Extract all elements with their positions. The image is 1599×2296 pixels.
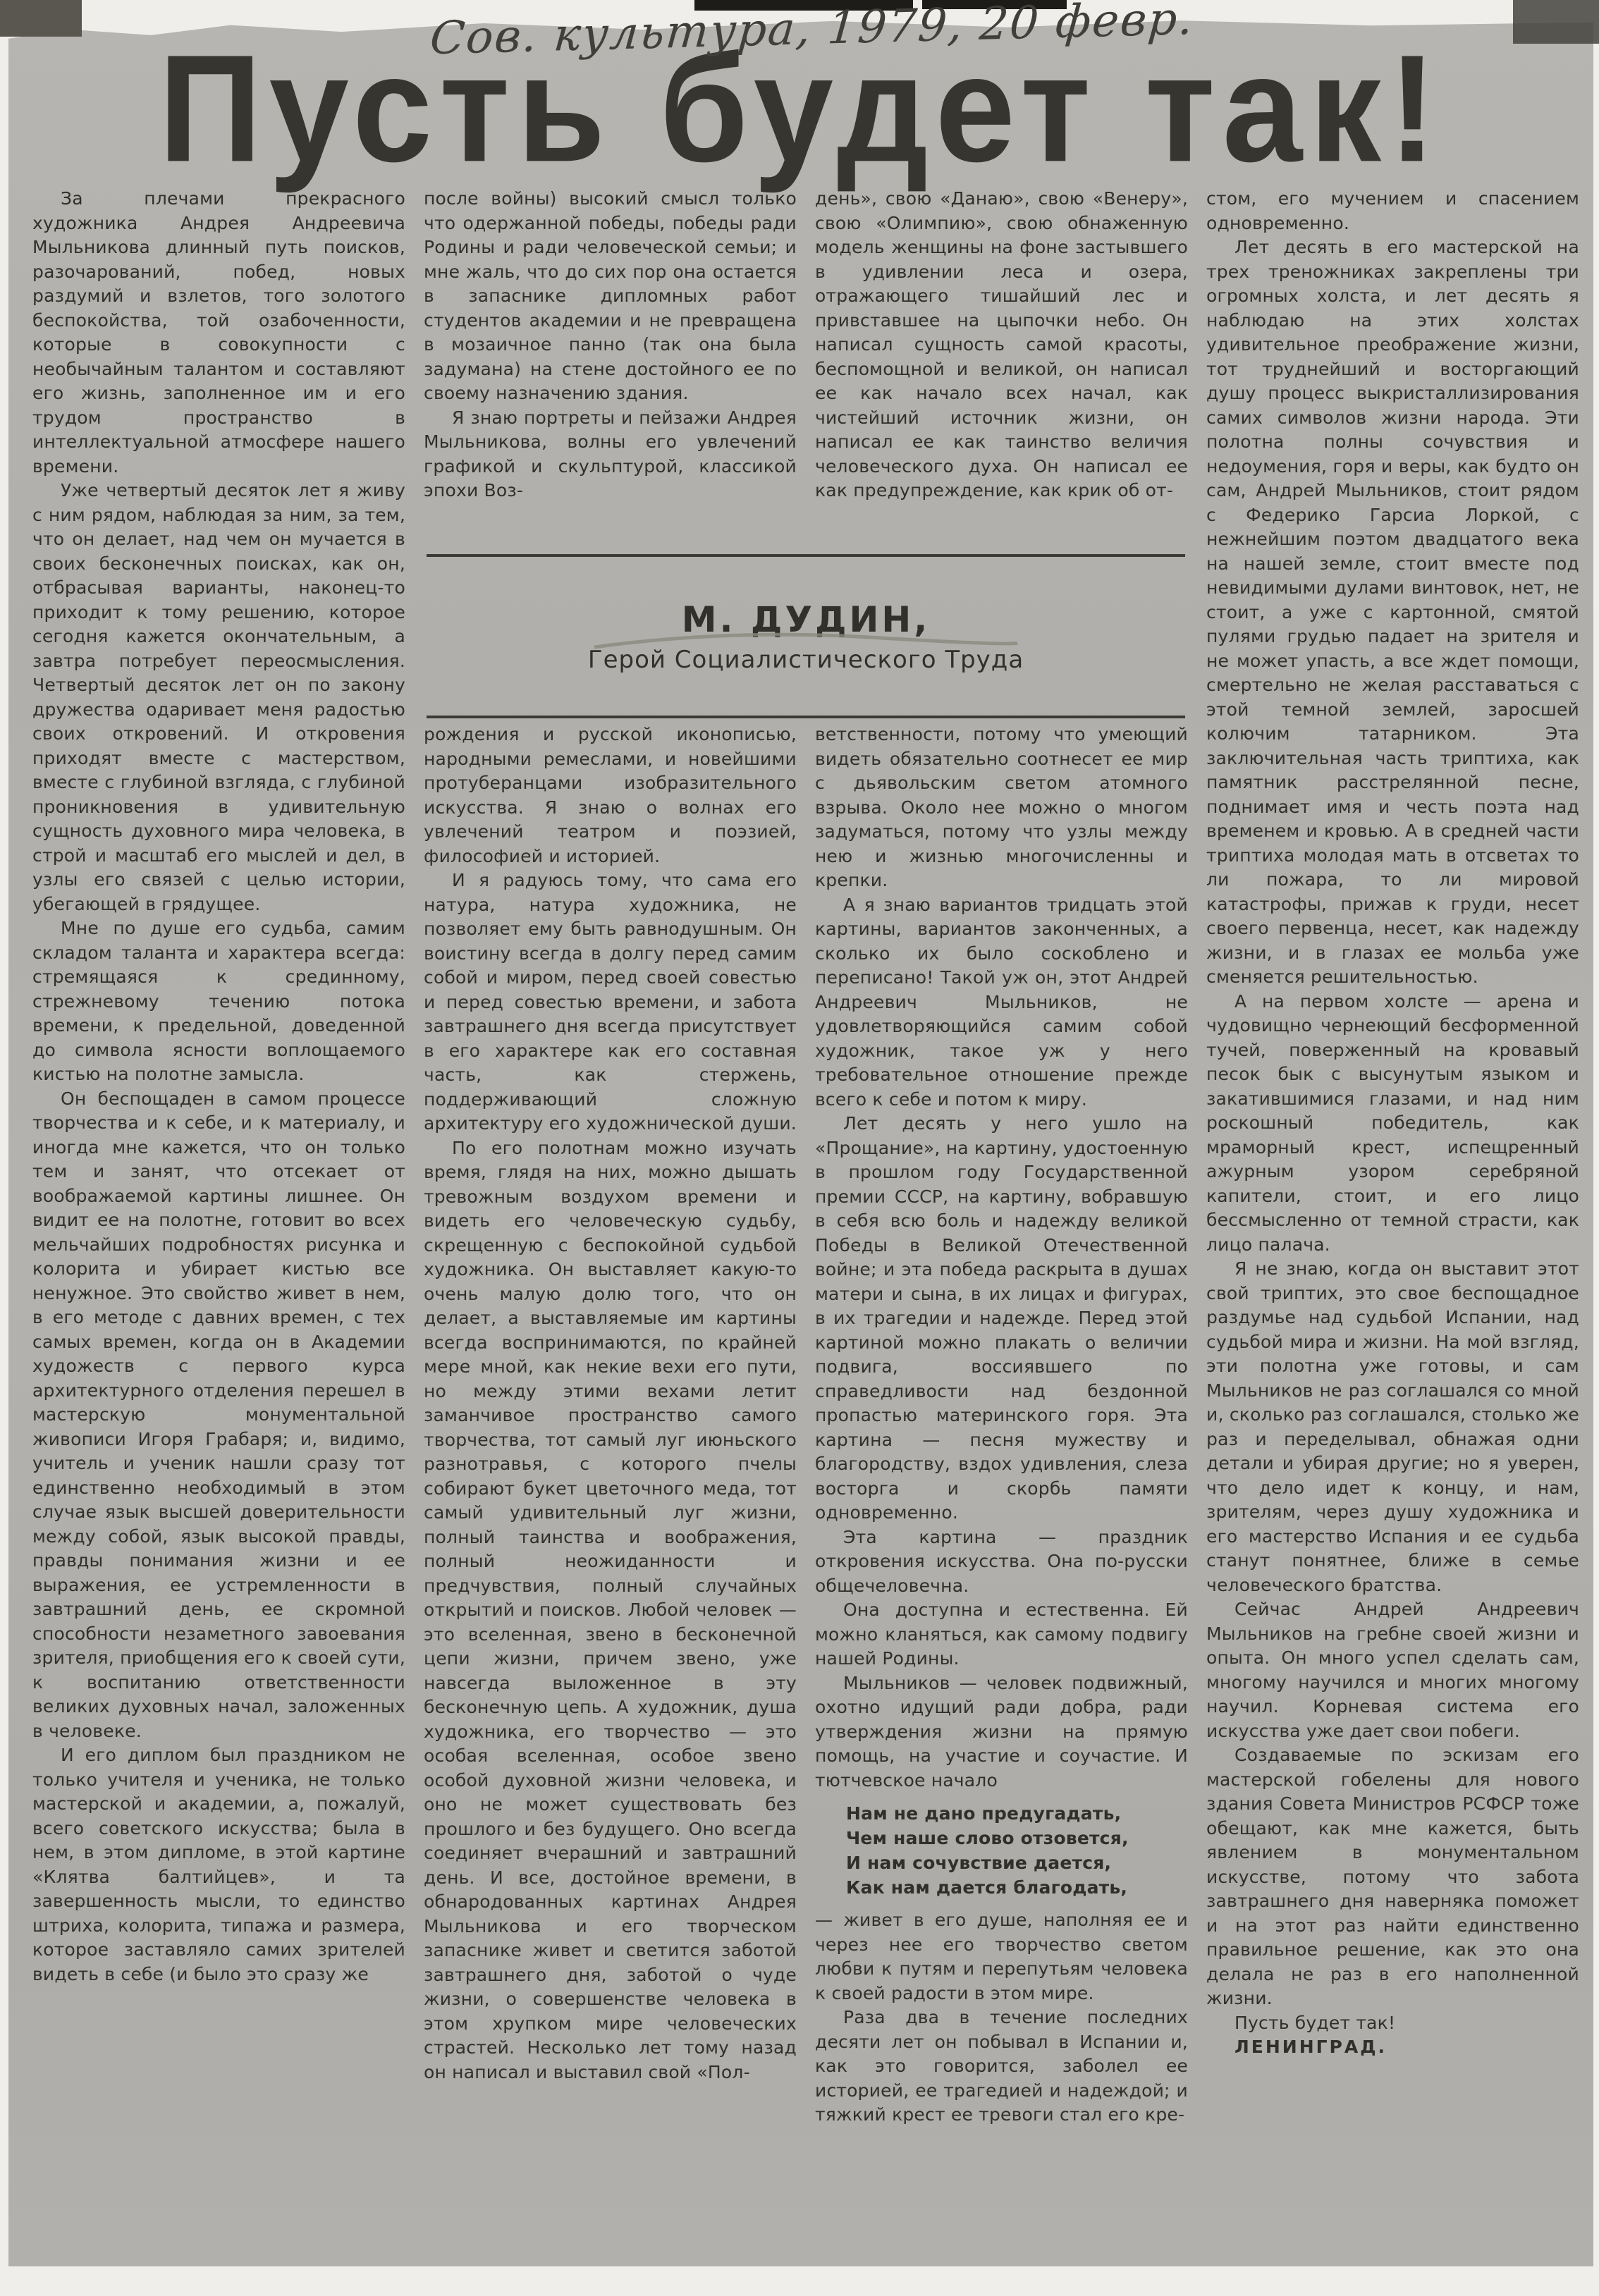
article-columns: За плечами прекрасного художника Андрея … — [32, 187, 1579, 2259]
article-column-1: За плечами прекрасного художника Андрея … — [32, 187, 405, 2259]
article-paragraph: Он беспощаден в самом процессе творчеств… — [32, 1087, 405, 1744]
scanned-newspaper-page: Пусть будет так! За плечами прекрасного … — [0, 0, 1599, 2296]
byline-role: Герой Социалистического Труда — [588, 646, 1024, 674]
article-paragraph: Уже четвертый десяток лет я живу с ним р… — [32, 479, 405, 916]
article-column-4: стом, его мучением и спасением одновреме… — [1206, 187, 1579, 2259]
scan-artifact — [0, 0, 82, 37]
article-paragraph: Мыльников — человек подвижный, охотно ид… — [815, 1671, 1188, 1793]
article-paragraph: Мне по душе его судьба, самим складом та… — [32, 916, 405, 1087]
article-paragraph: А на первом холсте — арена и чудовищно ч… — [1206, 990, 1579, 1258]
byline-block: М. ДУДИН, Герой Социалистического Труда — [427, 554, 1185, 718]
article-paragraph: Пусть будет так! — [1206, 2011, 1579, 2036]
article-paragraph: Нам не дано предугадать, Чем наше слово … — [846, 1801, 1188, 1900]
article-paragraph: ЛЕНИНГРАД. — [1206, 2035, 1579, 2060]
article-paragraph: Сейчас Андрей Андреевич Мыльников на гре… — [1206, 1597, 1579, 1743]
article-paragraph: — живет в его душе, наполняя ее и через … — [815, 1908, 1188, 2006]
article-paragraph: Я не знаю, когда он выставит этот свой т… — [1206, 1257, 1579, 1597]
article-paragraph: За плечами прекрасного художника Андрея … — [32, 187, 405, 479]
article-paragraph: Она доступна и естественна. Ей можно кла… — [815, 1598, 1188, 1671]
article-column-3-bottom: ветственности, потому что умеющий видеть… — [815, 723, 1188, 2259]
article-paragraph: И его диплом был праздником не только уч… — [32, 1743, 405, 1987]
article-paragraph: И я радуюсь тому, что сама его натура, н… — [424, 868, 797, 1136]
article-column-3-top: день», свою «Данаю», свою «Венеру», свою… — [815, 187, 1188, 550]
newspaper-clipping: Пусть будет так! За плечами прекрасного … — [8, 18, 1593, 2266]
article-paragraph: По его полотнам можно изучать время, гля… — [424, 1136, 797, 2085]
article-paragraph: А я знаю вариантов тридцать этой картины… — [815, 893, 1188, 1112]
article-paragraph: рождения и русской иконописью, народными… — [424, 723, 797, 868]
article-paragraph: день», свою «Данаю», свою «Венеру», свою… — [815, 187, 1188, 503]
article-column-2-bottom: рождения и русской иконописью, народными… — [424, 723, 797, 2259]
article-paragraph: после войны) высокий смысл только что од… — [424, 187, 797, 406]
article-paragraph: стом, его мучением и спасением одновреме… — [1206, 187, 1579, 235]
article-paragraph: Лет десять в его мастерской на трех трен… — [1206, 235, 1579, 990]
article-paragraph: Эта картина — праздник откровения искусс… — [815, 1525, 1188, 1599]
article-paragraph: Лет десять у него ушло на «Прощание», на… — [815, 1112, 1188, 1525]
article-column-2-top: после войны) высокий смысл только что од… — [424, 187, 797, 550]
article-paragraph: Я знаю портреты и пейзажи Андрея Мыльник… — [424, 406, 797, 503]
article-paragraph: Создаваемые по эскизам его мастерской го… — [1206, 1743, 1579, 2011]
scan-artifact — [1513, 0, 1599, 44]
article-paragraph: Раза два в течение последних десяти лет … — [815, 2006, 1188, 2128]
article-paragraph: ветственности, потому что умеющий видеть… — [815, 723, 1188, 893]
